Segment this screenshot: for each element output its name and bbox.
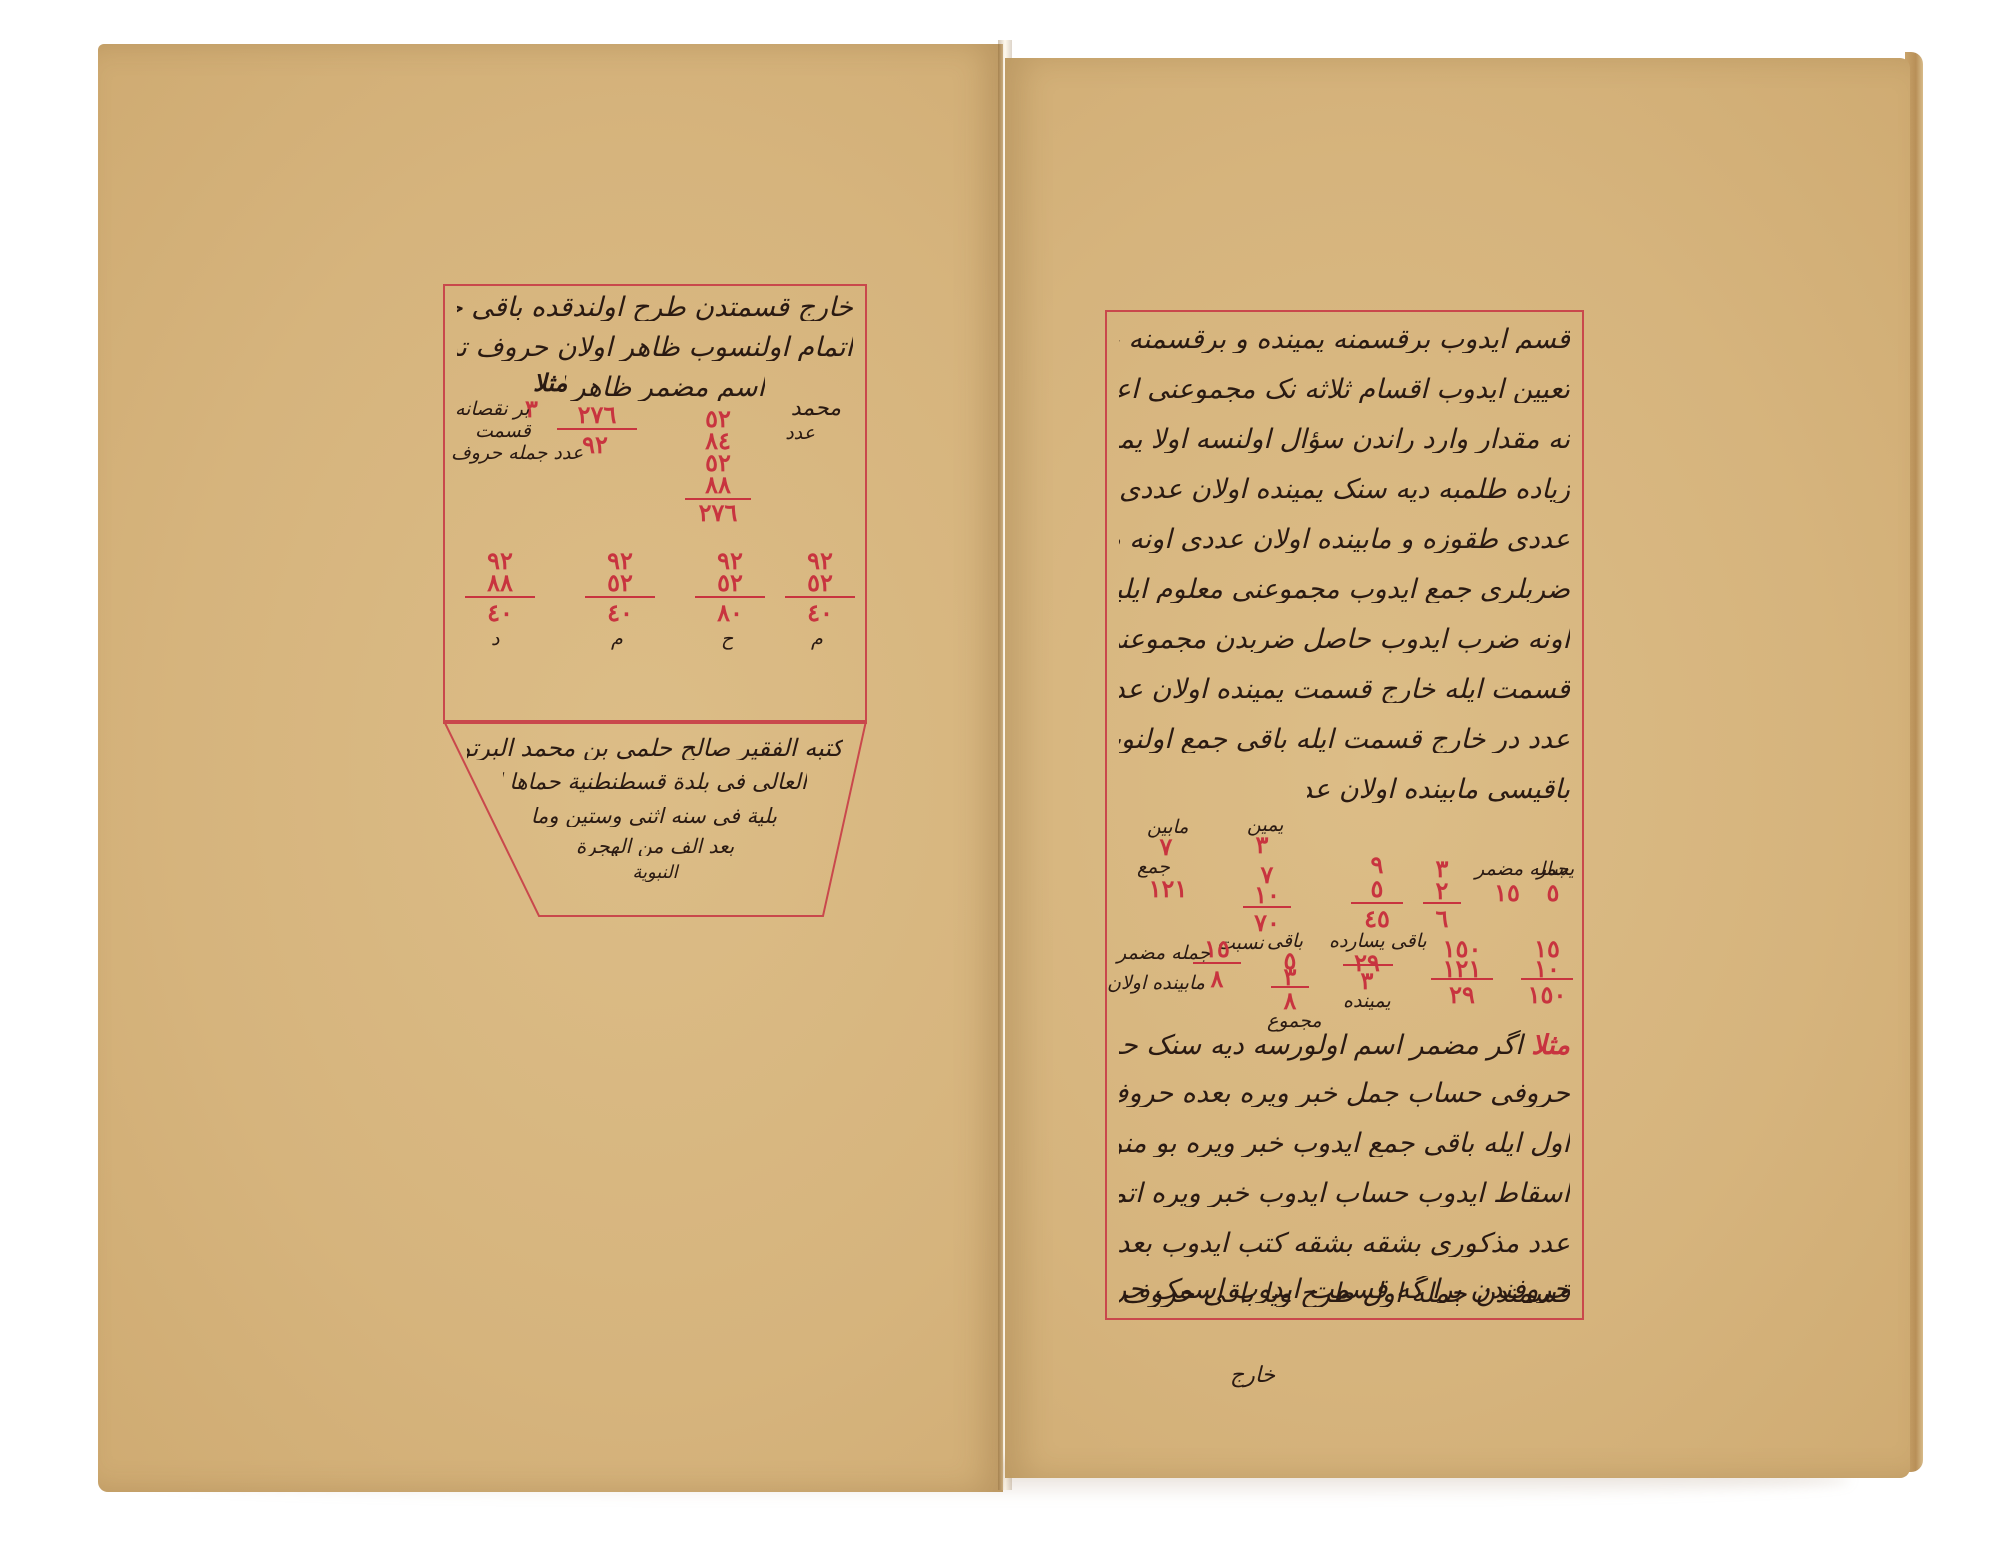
right-text-line: اگر مضمر اسم اولورسه دیه سنک حروف اولی ا… xyxy=(1119,1030,1523,1061)
name-label: محمد xyxy=(791,396,841,421)
side-note: قسمت xyxy=(475,420,531,442)
rubric: مثلا xyxy=(1531,1030,1570,1061)
fraction-group: ٩٢ ٥٢ ٤٠ م xyxy=(585,548,655,658)
colophon-line: النبویة xyxy=(593,864,717,882)
left-text-line: اتمام اولنسوب ظاهر اولان حروف ترکیب اولن… xyxy=(457,334,853,361)
catchword: خارج xyxy=(1230,1363,1275,1388)
frac-bottom: ٦ xyxy=(1427,906,1457,931)
right-text-line: اسقاط ایدوب حساب ایدوب خبر ویره اتمام ای… xyxy=(1119,1180,1570,1207)
fraction-bottom: ٤٠ xyxy=(465,600,535,625)
cumle-muzmar-value: ١٥ xyxy=(1487,880,1527,905)
fraction-middle: ٥٢ xyxy=(585,570,655,595)
left-text-frame: خارج قسمتدن طرح اولندقده باقی حروف تانید… xyxy=(443,284,867,724)
left-text-line: خارج قسمتدن طرح اولندقده باقی حروف تانید… xyxy=(457,294,853,321)
right-text-line: عددی طقوزه و مابینده اولان عددی اونه ضرب… xyxy=(1119,526,1570,553)
cem-value: ١٢١ xyxy=(1143,876,1193,901)
frac-bottom: ٤٥ xyxy=(1357,906,1397,931)
fraction-group: ٩٢ ٥٢ ٤٠ م xyxy=(785,548,855,658)
fraction-bottom: ٤٠ xyxy=(785,600,855,625)
left-text-line: اسم مضمر ظاهر اولور xyxy=(565,374,765,401)
label-yesar: یسار xyxy=(1537,858,1574,880)
yemin-value: ٣ xyxy=(1247,832,1277,857)
right-text-line: نه مقدار وارد راندن سؤال اولنسه اولا یمی… xyxy=(1119,426,1570,453)
row2-label: یمینده xyxy=(1343,990,1391,1012)
frac-middle: ٢ xyxy=(1427,878,1457,903)
fraction-letter: م xyxy=(811,628,823,650)
side-note: بر نقصانه xyxy=(455,398,529,420)
right-text-line: قسمتدن جمله اول طرح ویا باقی حروف اولیدر… xyxy=(1117,1280,1570,1307)
colophon: کتبه الفقیر صالح حلمی بن محمد البرتوقجه … xyxy=(443,730,867,920)
rubric-line: مثلا اگر مضمر اسم اولورسه دیه سنک حروف ا… xyxy=(1119,1030,1570,1064)
frac-bottom: ٨ xyxy=(1197,966,1237,991)
fraction-bottom: ٤٠ xyxy=(585,600,655,625)
yesar-value: ٥ xyxy=(1543,880,1563,905)
frac-middle: ١٠ xyxy=(1247,882,1287,907)
frac-top: ١٥ xyxy=(1197,936,1237,961)
frac-middle: ٥ xyxy=(1357,876,1397,901)
right-text-line: قسم ایدوب برقسمنه یمینده و برقسمنه یسارد… xyxy=(1119,326,1570,353)
row2-label: مجموع xyxy=(1267,1010,1322,1032)
colophon-line: بعد الف من الهجرة xyxy=(563,836,747,856)
left-page: خارج قسمتدن طرح اولندقده باقی حروف تانید… xyxy=(98,44,1003,1492)
calculation-table: مابین ٧ جمع ١٢١ یمین ٣ ٧ ١٠ ٧٠ ٩ ٥ ٤٥ ٣ … xyxy=(1107,812,1582,1032)
fraction-letter: ح xyxy=(721,628,733,650)
name-note: عدد xyxy=(785,422,815,444)
right-text-line: باقیسی مابینده اولان عدد در xyxy=(1307,776,1570,803)
colophon-line: بلیة فی سنه اثنی وستین ومائتین xyxy=(533,806,777,827)
fraction-bottom: ٨٠ xyxy=(695,600,765,625)
frac-bottom: ١٥٠ xyxy=(1527,982,1567,1007)
fraction-middle: ٨٨ xyxy=(465,570,535,595)
fraction-letter: د xyxy=(491,628,499,650)
right-text-line: زیاده طلمبه دیه سنک یمینده اولان عددی ای… xyxy=(1119,476,1570,503)
right-text-line: ضربلری جمع ایدوب مجموعنی معلوم ایلیوب سن… xyxy=(1119,576,1570,603)
right-page: قسم ایدوب برقسمنه یمینده و برقسمنه یسارد… xyxy=(1005,58,1910,1478)
fraction-middle: ٥٢ xyxy=(785,570,855,595)
sum-value: ٨٨ xyxy=(693,472,743,497)
right-text-line: تعیین ایدوب اقسام ثلاثه نک مجموعنی اعلام… xyxy=(1119,376,1570,403)
fraction-group: ٩٢ ٥٢ ٨٠ ح xyxy=(695,548,765,658)
example-label: مثلا xyxy=(533,368,567,397)
row2-label: مابینده اولان xyxy=(1107,972,1205,994)
frac-bottom: ٢٩ xyxy=(1437,982,1487,1007)
right-text-line: اونه ضرب ایدوب حاصل ضربدن مجموعنی طرح ای… xyxy=(1119,626,1570,653)
fraction-middle: ٥٢ xyxy=(695,570,765,595)
side-note: عدد جمله حروف xyxy=(451,442,583,464)
fraction-group: ٩٢ ٨٨ ٤٠ د xyxy=(465,548,535,658)
right-text-line: عدد در خارج قسمت ایله باقی جمع اولنوب جم… xyxy=(1119,726,1570,753)
dividend: ٢٧٦ xyxy=(557,402,637,427)
open-manuscript: خارج قسمتدن طرح اولندقده باقی حروف تانید… xyxy=(0,0,2000,1564)
right-text-line: قسمت ایله خارج قسمت یمینده اولان عدد در … xyxy=(1119,676,1570,703)
colophon-line: العالی فی بلدة قسطنطنیة حماها الله عن کل xyxy=(503,772,807,794)
fraction-letter: م xyxy=(611,628,623,650)
right-text-line: اول ایله باقی جمع ایدوب خبر ویره بو منوا… xyxy=(1119,1130,1570,1157)
colophon-line: کتبه الفقیر صالح حلمی بن محمد البرتوقجه … xyxy=(467,736,843,760)
right-text-line: حروفی حساب جمل خبر ویره بعده حروف ثانی ا… xyxy=(1119,1080,1570,1107)
right-text-line: عدد مذکوری بشقه بشقه کتب ایدوب بعده جمع … xyxy=(1119,1230,1570,1257)
right-text-frame: قسم ایدوب برقسمنه یمینده و برقسمنه یسارد… xyxy=(1105,310,1584,1320)
sum-total: ٢٧٦ xyxy=(685,500,751,525)
